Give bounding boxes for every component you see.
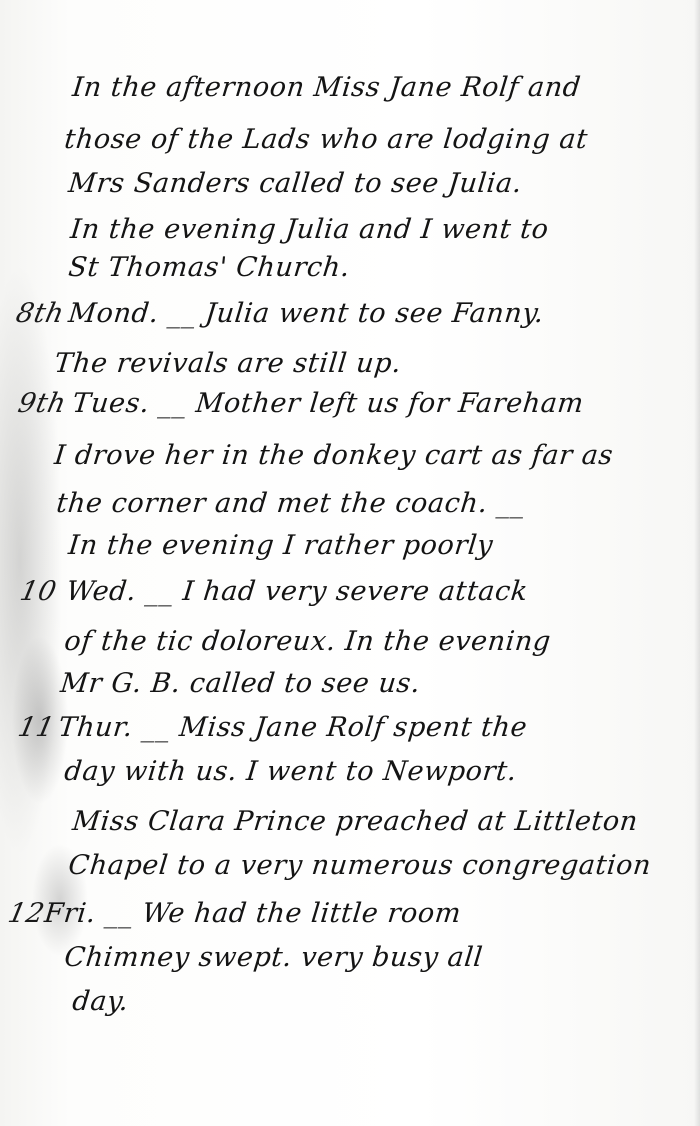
diary-line: day with us. I went to Newport. — [0, 756, 4, 796]
diary-entry-line: 11 Thur. __ Miss Jane Rolf spent the — [0, 712, 4, 752]
entry-date: 11 — [15, 712, 57, 743]
entry-date: 12 — [5, 898, 47, 929]
line-text: day with us. I went to Newport. — [63, 756, 519, 787]
entry-date: 9th — [15, 388, 69, 419]
line-text: I drove her in the donkey cart as far as — [53, 440, 615, 471]
diary-entry-line: 12 Fri. __ We had the little room — [0, 898, 4, 938]
line-text: The revivals are still up. — [53, 348, 403, 379]
diary-line: those of the Lads who are lodging at — [0, 124, 4, 164]
diary-line: day. — [0, 986, 4, 1026]
line-text: Mond. __ Julia went to see Fanny. — [67, 298, 546, 329]
diary-line: St Thomas' Church. — [0, 252, 4, 292]
line-text: St Thomas' Church. — [67, 252, 352, 283]
entry-date: 10 — [17, 576, 59, 607]
diary-entry-line: 8th Mond. __ Julia went to see Fanny. — [0, 298, 4, 338]
line-text: of the tic doloreux. In the evening — [63, 626, 553, 657]
diary-page: In the afternoon Miss Jane Rolf and thos… — [0, 0, 700, 1126]
line-text: In the evening Julia and I went to — [69, 214, 550, 245]
line-text: Chapel to a very numerous congregation — [67, 850, 653, 881]
diary-entry-line: 10 Wed. __ I had very severe attack — [0, 576, 4, 616]
diary-line: Chapel to a very numerous congregation — [0, 850, 4, 890]
line-text: Miss Clara Prince preached at Littleton — [71, 806, 640, 837]
line-text: In the afternoon Miss Jane Rolf and — [71, 72, 582, 103]
line-text: Mr G. B. called to see us. — [59, 668, 422, 699]
entry-date: 8th — [13, 298, 67, 329]
diary-line: the corner and met the coach. __ — [0, 488, 4, 528]
diary-entry-line: 9th Tues. __ Mother left us for Fareham — [0, 388, 4, 428]
diary-line: The revivals are still up. — [0, 348, 4, 388]
line-text: day. — [71, 986, 130, 1017]
diary-line: Miss Clara Prince preached at Littleton — [0, 806, 4, 846]
line-text: those of the Lads who are lodging at — [63, 124, 589, 155]
diary-line: Chimney swept. very busy all — [0, 942, 4, 982]
line-text: Chimney swept. very busy all — [63, 942, 485, 973]
line-text: Fri. __ We had the little room — [43, 898, 463, 929]
line-text: In the evening I rather poorly — [67, 530, 495, 561]
diary-line: Mr G. B. called to see us. — [0, 668, 4, 708]
diary-line: In the evening Julia and I went to — [0, 214, 4, 254]
line-text: Wed. __ I had very severe attack — [65, 576, 530, 607]
diary-line: In the evening I rather poorly — [0, 530, 4, 570]
diary-line: Mrs Sanders called to see Julia. — [0, 168, 4, 208]
line-text: Tues. __ Mother left us for Fareham — [71, 388, 585, 419]
diary-line: I drove her in the donkey cart as far as — [0, 440, 4, 480]
line-text: the corner and met the coach. __ — [55, 488, 527, 519]
page-edge-shadow — [694, 0, 700, 1126]
line-text: Mrs Sanders called to see Julia. — [67, 168, 524, 199]
diary-line: of the tic doloreux. In the evening — [0, 626, 4, 666]
line-text: Thur. __ Miss Jane Rolf spent the — [57, 712, 529, 743]
diary-line: In the afternoon Miss Jane Rolf and — [0, 72, 4, 112]
